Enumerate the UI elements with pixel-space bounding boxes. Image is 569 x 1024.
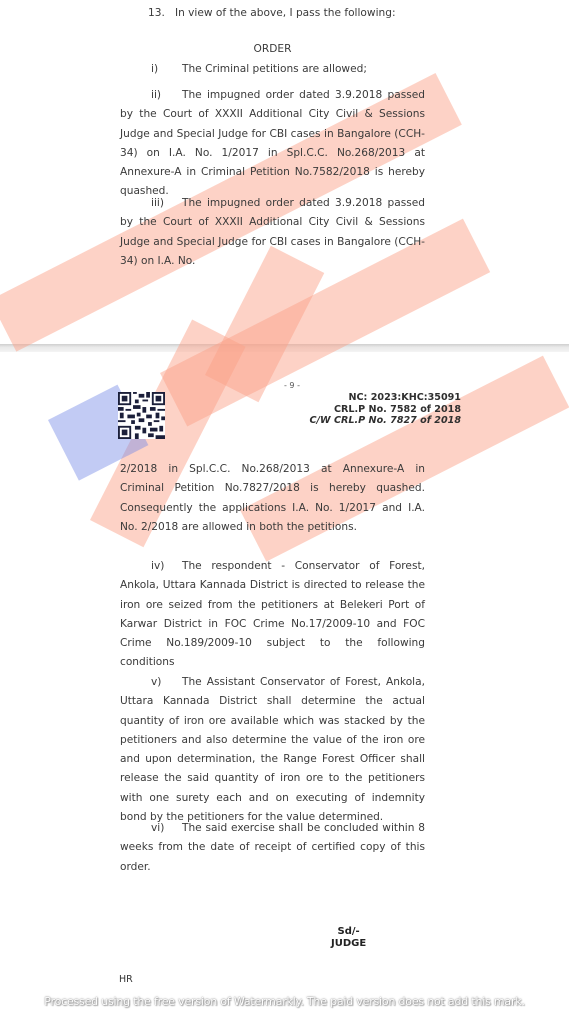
qr-code-icon: [118, 392, 165, 439]
item-label: i): [151, 60, 182, 79]
paragraph-13: 13. In view of the above, I pass the fol…: [148, 4, 448, 23]
page-number: - 9 -: [284, 381, 300, 390]
typist-initials: HR: [119, 974, 133, 985]
item-label: iii): [151, 194, 182, 213]
item-label: vi): [151, 819, 182, 838]
watermark-notice: Processed using the free version of Wate…: [0, 995, 569, 1008]
item-label: v): [151, 673, 182, 692]
case-number: CRL.P No. 7582 of 2018: [310, 404, 461, 416]
item-label: ii): [151, 86, 182, 105]
order-item-vi: vi)The said exercise shall be concluded …: [120, 819, 425, 877]
item-text: The Assistant Conservator of Forest, Ank…: [120, 676, 425, 823]
order-item-iii: iii)The impugned order dated 3.9.2018 pa…: [120, 194, 425, 271]
continuation-paragraph: 2/2018 in Spl.C.C. No.268/2013 at Annexu…: [120, 460, 425, 537]
item-text: The respondent - Conservator of Forest, …: [120, 560, 425, 668]
order-item-v: v)The Assistant Conservator of Forest, A…: [120, 673, 425, 827]
neutral-citation: NC: 2023:KHC:35091: [310, 392, 461, 404]
judge-signature: Sd/- JUDGE: [331, 926, 366, 950]
item-label: iv): [151, 557, 182, 576]
item-text: The impugned order dated 3.9.2018 passed…: [120, 89, 425, 197]
paragraph-13-text: 13. In view of the above, I pass the fol…: [148, 7, 396, 19]
signature-title: JUDGE: [331, 938, 366, 950]
order-item-iv: iv)The respondent - Conservator of Fores…: [120, 557, 425, 673]
case-header: NC: 2023:KHC:35091 CRL.P No. 7582 of 201…: [310, 392, 461, 427]
connected-case-number: C/W CRL.P No. 7827 of 2018: [310, 415, 461, 427]
signature-mark: Sd/-: [331, 926, 366, 938]
item-text: The Criminal petitions are allowed;: [182, 63, 367, 75]
order-heading: ORDER: [120, 40, 425, 59]
order-item-i: i)The Criminal petitions are allowed;: [120, 60, 425, 79]
order-item-ii: ii)The impugned order dated 3.9.2018 pas…: [120, 86, 425, 202]
